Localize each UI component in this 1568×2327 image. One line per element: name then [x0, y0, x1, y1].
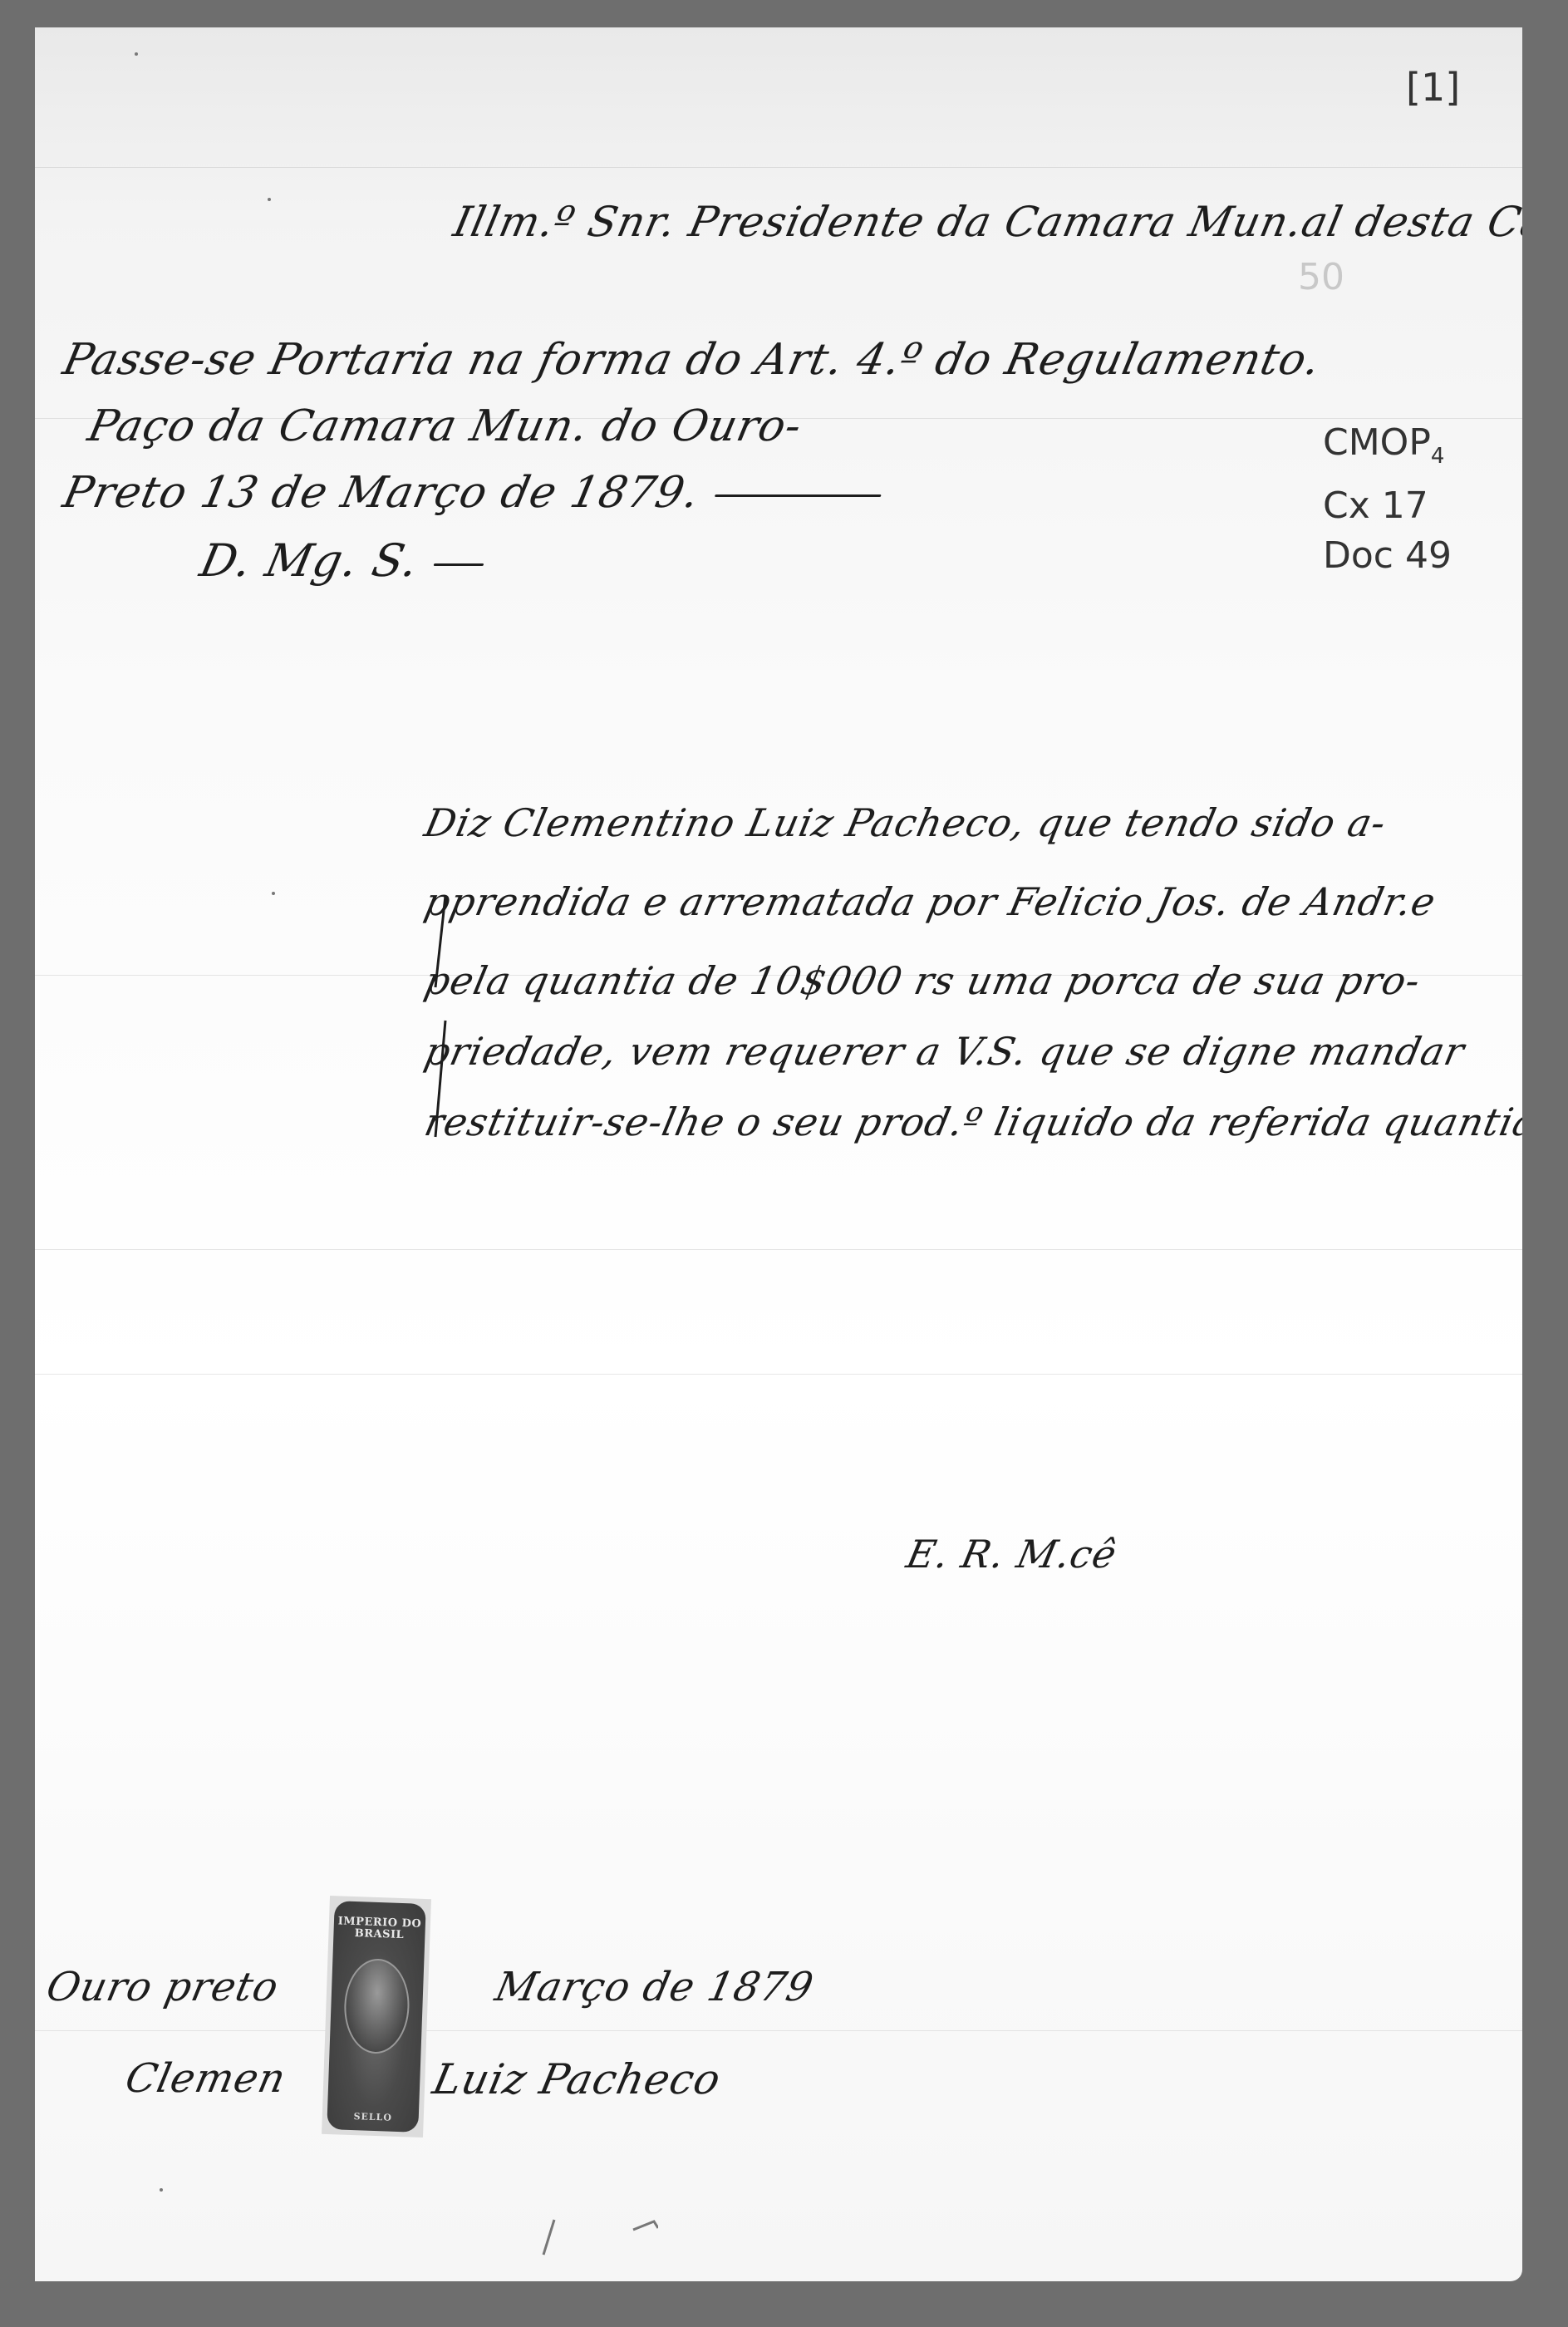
- despacho-date: Preto 13 de Março de 1879.: [59, 468, 705, 518]
- paper-speck: [160, 2188, 163, 2192]
- paper-speck: [268, 198, 271, 201]
- petition-line-3: pela quantia de 10$000 rs uma porca de s…: [420, 958, 1424, 1003]
- stamp-portrait-icon: [342, 1958, 410, 2055]
- dating-place: Ouro preto: [42, 1964, 283, 2010]
- petition-line-2: pprendida e arrematada por Felicio Jos. …: [420, 879, 1440, 924]
- document-page: [1] 50 Illm.º Snr. Presidente da Camara …: [35, 27, 1522, 2281]
- stamp-bottom-text: SELLO: [353, 2111, 392, 2123]
- archival-doc: Doc 49: [1323, 531, 1456, 581]
- archival-reference: CMOP4 Cx 17 Doc 49: [1323, 418, 1456, 581]
- petition-line-5: restituir-se-lhe o seu prod.º liquido da…: [420, 1100, 1522, 1144]
- petition-closing: E. R. M.cê: [902, 1532, 1121, 1577]
- addressee-line: Illm.º Snr. Presidente da Camara Mun.al …: [450, 198, 1522, 246]
- folio-marker: [1]: [1406, 65, 1460, 110]
- ruled-line: [35, 167, 1522, 168]
- faded-page-number: 50: [1298, 256, 1344, 298]
- stamp-top-text: IMPERIO DO BRASIL: [333, 1916, 425, 1942]
- despacho-line-1: Passe-se Portaria na forma do Art. 4.º d…: [59, 335, 1325, 385]
- paper-speck: [135, 52, 138, 56]
- despacho-line-2: Paço da Camara Mun. do Ouro-: [84, 401, 807, 451]
- petition-line-1: Diz Clementino Luiz Pacheco, que tendo s…: [420, 800, 1390, 845]
- petition-line-4: priedade, vem requerer a V.S. que se dig…: [420, 1029, 1468, 1074]
- paper-speck: [272, 892, 275, 895]
- pencil-marks: [533, 2213, 658, 2263]
- archival-fonds: CMOP4: [1323, 418, 1456, 481]
- stamp-body: IMPERIO DO BRASIL SELLO: [327, 1901, 426, 2133]
- despacho-signature-text: D. Mg. S.: [195, 534, 424, 587]
- archival-box: Cx 17: [1323, 481, 1456, 531]
- despacho-line-3: Preto 13 de Março de 1879.: [59, 468, 887, 518]
- despacho-signature: D. Mg. S.: [195, 534, 490, 587]
- dating-date: Março de 1879: [491, 1964, 818, 2010]
- signature-part-2: Luiz Pacheco: [429, 2055, 725, 2103]
- ruled-line: [35, 1374, 1522, 1375]
- flourish-dash: [434, 563, 484, 566]
- signature-part-1: Clemen: [121, 2055, 290, 2102]
- revenue-stamp: IMPERIO DO BRASIL SELLO: [322, 1896, 431, 2138]
- ruled-line: [35, 1249, 1522, 1250]
- ruled-line: [35, 2030, 1522, 2031]
- flourish-dash: [715, 494, 882, 497]
